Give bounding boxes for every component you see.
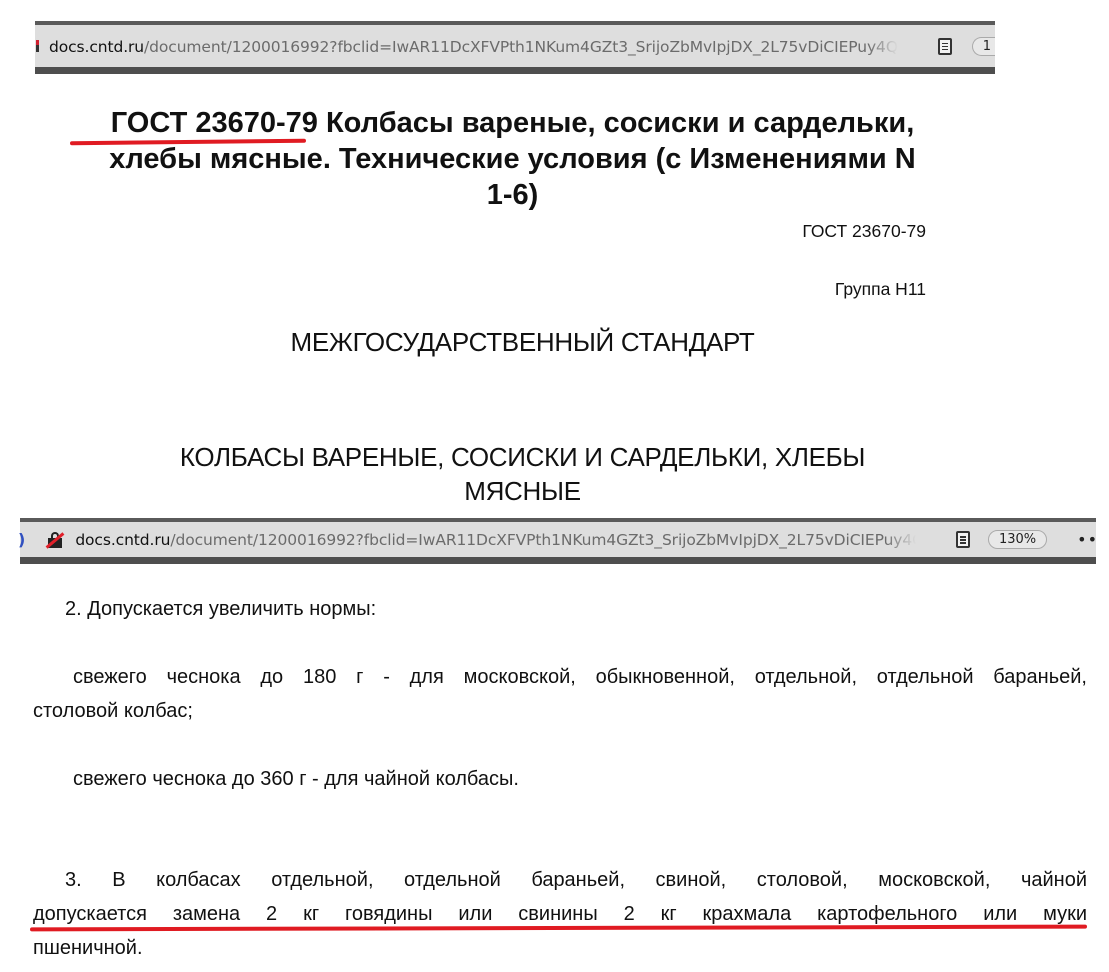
- paragraph-3: 3. В колбасах отдельной, отдельной баран…: [33, 863, 1087, 965]
- subject-line1: КОЛБАСЫ ВАРЕНЫЕ, СОСИСКИ И САРДЕЛЬКИ, ХЛ…: [100, 440, 945, 474]
- zoom-indicator[interactable]: 130%: [988, 530, 1047, 549]
- site-info-icon[interactable]: [36, 40, 39, 52]
- title-line3: 1-6): [60, 177, 965, 213]
- url-path: /document/1200016992?fbclid=IwAR11DcXFVP…: [144, 38, 898, 56]
- reader-view-icon[interactable]: [956, 531, 970, 548]
- insecure-lock-icon[interactable]: [45, 531, 65, 549]
- url-host: docs.cntd.ru: [49, 38, 144, 56]
- gost-number-highlight: ГОСТ 23670-79: [111, 107, 318, 139]
- back-button-edge[interactable]: ): [18, 530, 25, 549]
- address-bar-top: docs.cntd.ru/document/1200016992?fbclid=…: [35, 21, 995, 74]
- subject-heading: КОЛБАСЫ ВАРЕНЫЕ, СОСИСКИ И САРДЕЛЬКИ, ХЛ…: [100, 440, 945, 508]
- para3-line3: пшеничной.: [33, 931, 1087, 965]
- reader-view-icon[interactable]: [938, 38, 952, 55]
- garlic-360-paragraph: свежего чеснока до 360 г - для чайной ко…: [73, 762, 519, 796]
- zoom-indicator[interactable]: 1: [972, 37, 995, 56]
- group-label: Группа Н11: [835, 279, 926, 300]
- garlic-180-line1: свежего чеснока до 180 г - для московско…: [33, 660, 1087, 694]
- gost-code: ГОСТ 23670-79: [802, 221, 926, 242]
- para3-line1: 3. В колбасах отдельной, отдельной баран…: [33, 863, 1087, 897]
- more-dots-icon[interactable]: ••: [1077, 530, 1098, 549]
- garlic-180-paragraph: свежего чеснока до 180 г - для московско…: [33, 660, 1087, 728]
- garlic-180-line2: столовой колбас;: [33, 694, 1087, 728]
- url-field[interactable]: docs.cntd.ru/document/1200016992?fbclid=…: [75, 530, 916, 549]
- paragraph-2: 2. Допускается увеличить нормы:: [65, 592, 376, 626]
- title-line2: хлебы мясные. Технические условия (с Изм…: [60, 141, 965, 177]
- url-field[interactable]: docs.cntd.ru/document/1200016992?fbclid=…: [49, 37, 898, 56]
- subject-line2: МЯСНЫЕ: [100, 474, 945, 508]
- standard-heading: МЕЖГОСУДАРСТВЕННЫЙ СТАНДАРТ: [100, 325, 945, 359]
- url-host: docs.cntd.ru: [75, 531, 170, 549]
- address-bar-bottom: ) docs.cntd.ru/document/1200016992?fbcli…: [20, 518, 1096, 564]
- document-title: ГОСТ 23670-79 Колбасы вареные, сосиски и…: [60, 105, 965, 213]
- url-path: /document/1200016992?fbclid=IwAR11DcXFVP…: [170, 531, 916, 549]
- title-line1-rest: Колбасы вареные, сосиски и сардельки,: [318, 107, 914, 139]
